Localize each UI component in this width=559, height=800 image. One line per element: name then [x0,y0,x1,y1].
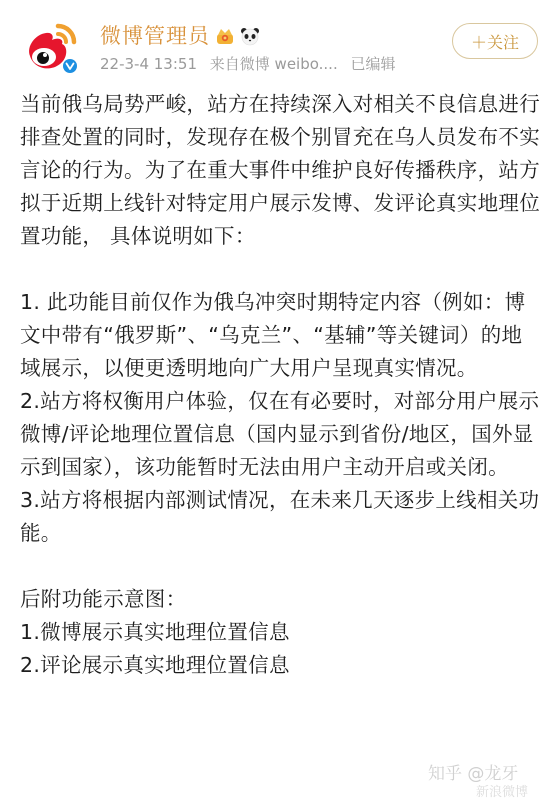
paragraph-gap [20,253,540,286]
follow-button[interactable]: ＋关注 [452,23,538,59]
edited-label[interactable]: 已编辑 [351,55,396,73]
post-source[interactable]: 来自微博 weibo.... [210,55,338,73]
weibo-watermark: 新浪微博 [476,781,528,800]
post-timestamp: 22-3-4 13:51 [100,55,197,73]
author-row: 微博管理员 [100,22,260,50]
post-point-1: 1. 此功能目前仅作为俄乌冲突时期特定内容（例如：博文中带有“俄罗斯”、“乌克兰… [20,286,540,385]
author-name[interactable]: 微博管理员 [100,22,210,50]
panda-badge-icon[interactable] [240,26,260,46]
post-body: 当前俄乌局势严峻，站方在持续深入对相关不良信息进行排查处置的同时，发现存在极个别… [20,88,540,682]
post-point-3: 3.站方将根据内部测试情况，在未来几天逐步上线相关功能。 [20,484,540,550]
paragraph-gap [20,550,540,583]
appendix-title: 后附功能示意图： [20,583,540,616]
post-intro: 当前俄乌局势严峻，站方在持续深入对相关不良信息进行排查处置的同时，发现存在极个别… [20,88,540,253]
post-meta: 22-3-4 13:51 来自微博 weibo.... 已编辑 [100,53,404,75]
appendix-item-2: 2.评论展示真实地理位置信息 [20,649,540,682]
post-header: 微博管理员 22-3-4 13:51 来自微博 weibo.... 已编辑 [0,0,559,90]
appendix-item-1: 1.微博展示真实地理位置信息 [20,616,540,649]
post-point-2: 2.站方将权衡用户体验，仅在有必要时，对部分用户展示微博/评论地理位置信息（国内… [20,385,540,484]
weibo-logo-icon [24,22,80,76]
crown-badge-icon[interactable] [215,26,235,46]
author-avatar[interactable] [24,22,80,76]
